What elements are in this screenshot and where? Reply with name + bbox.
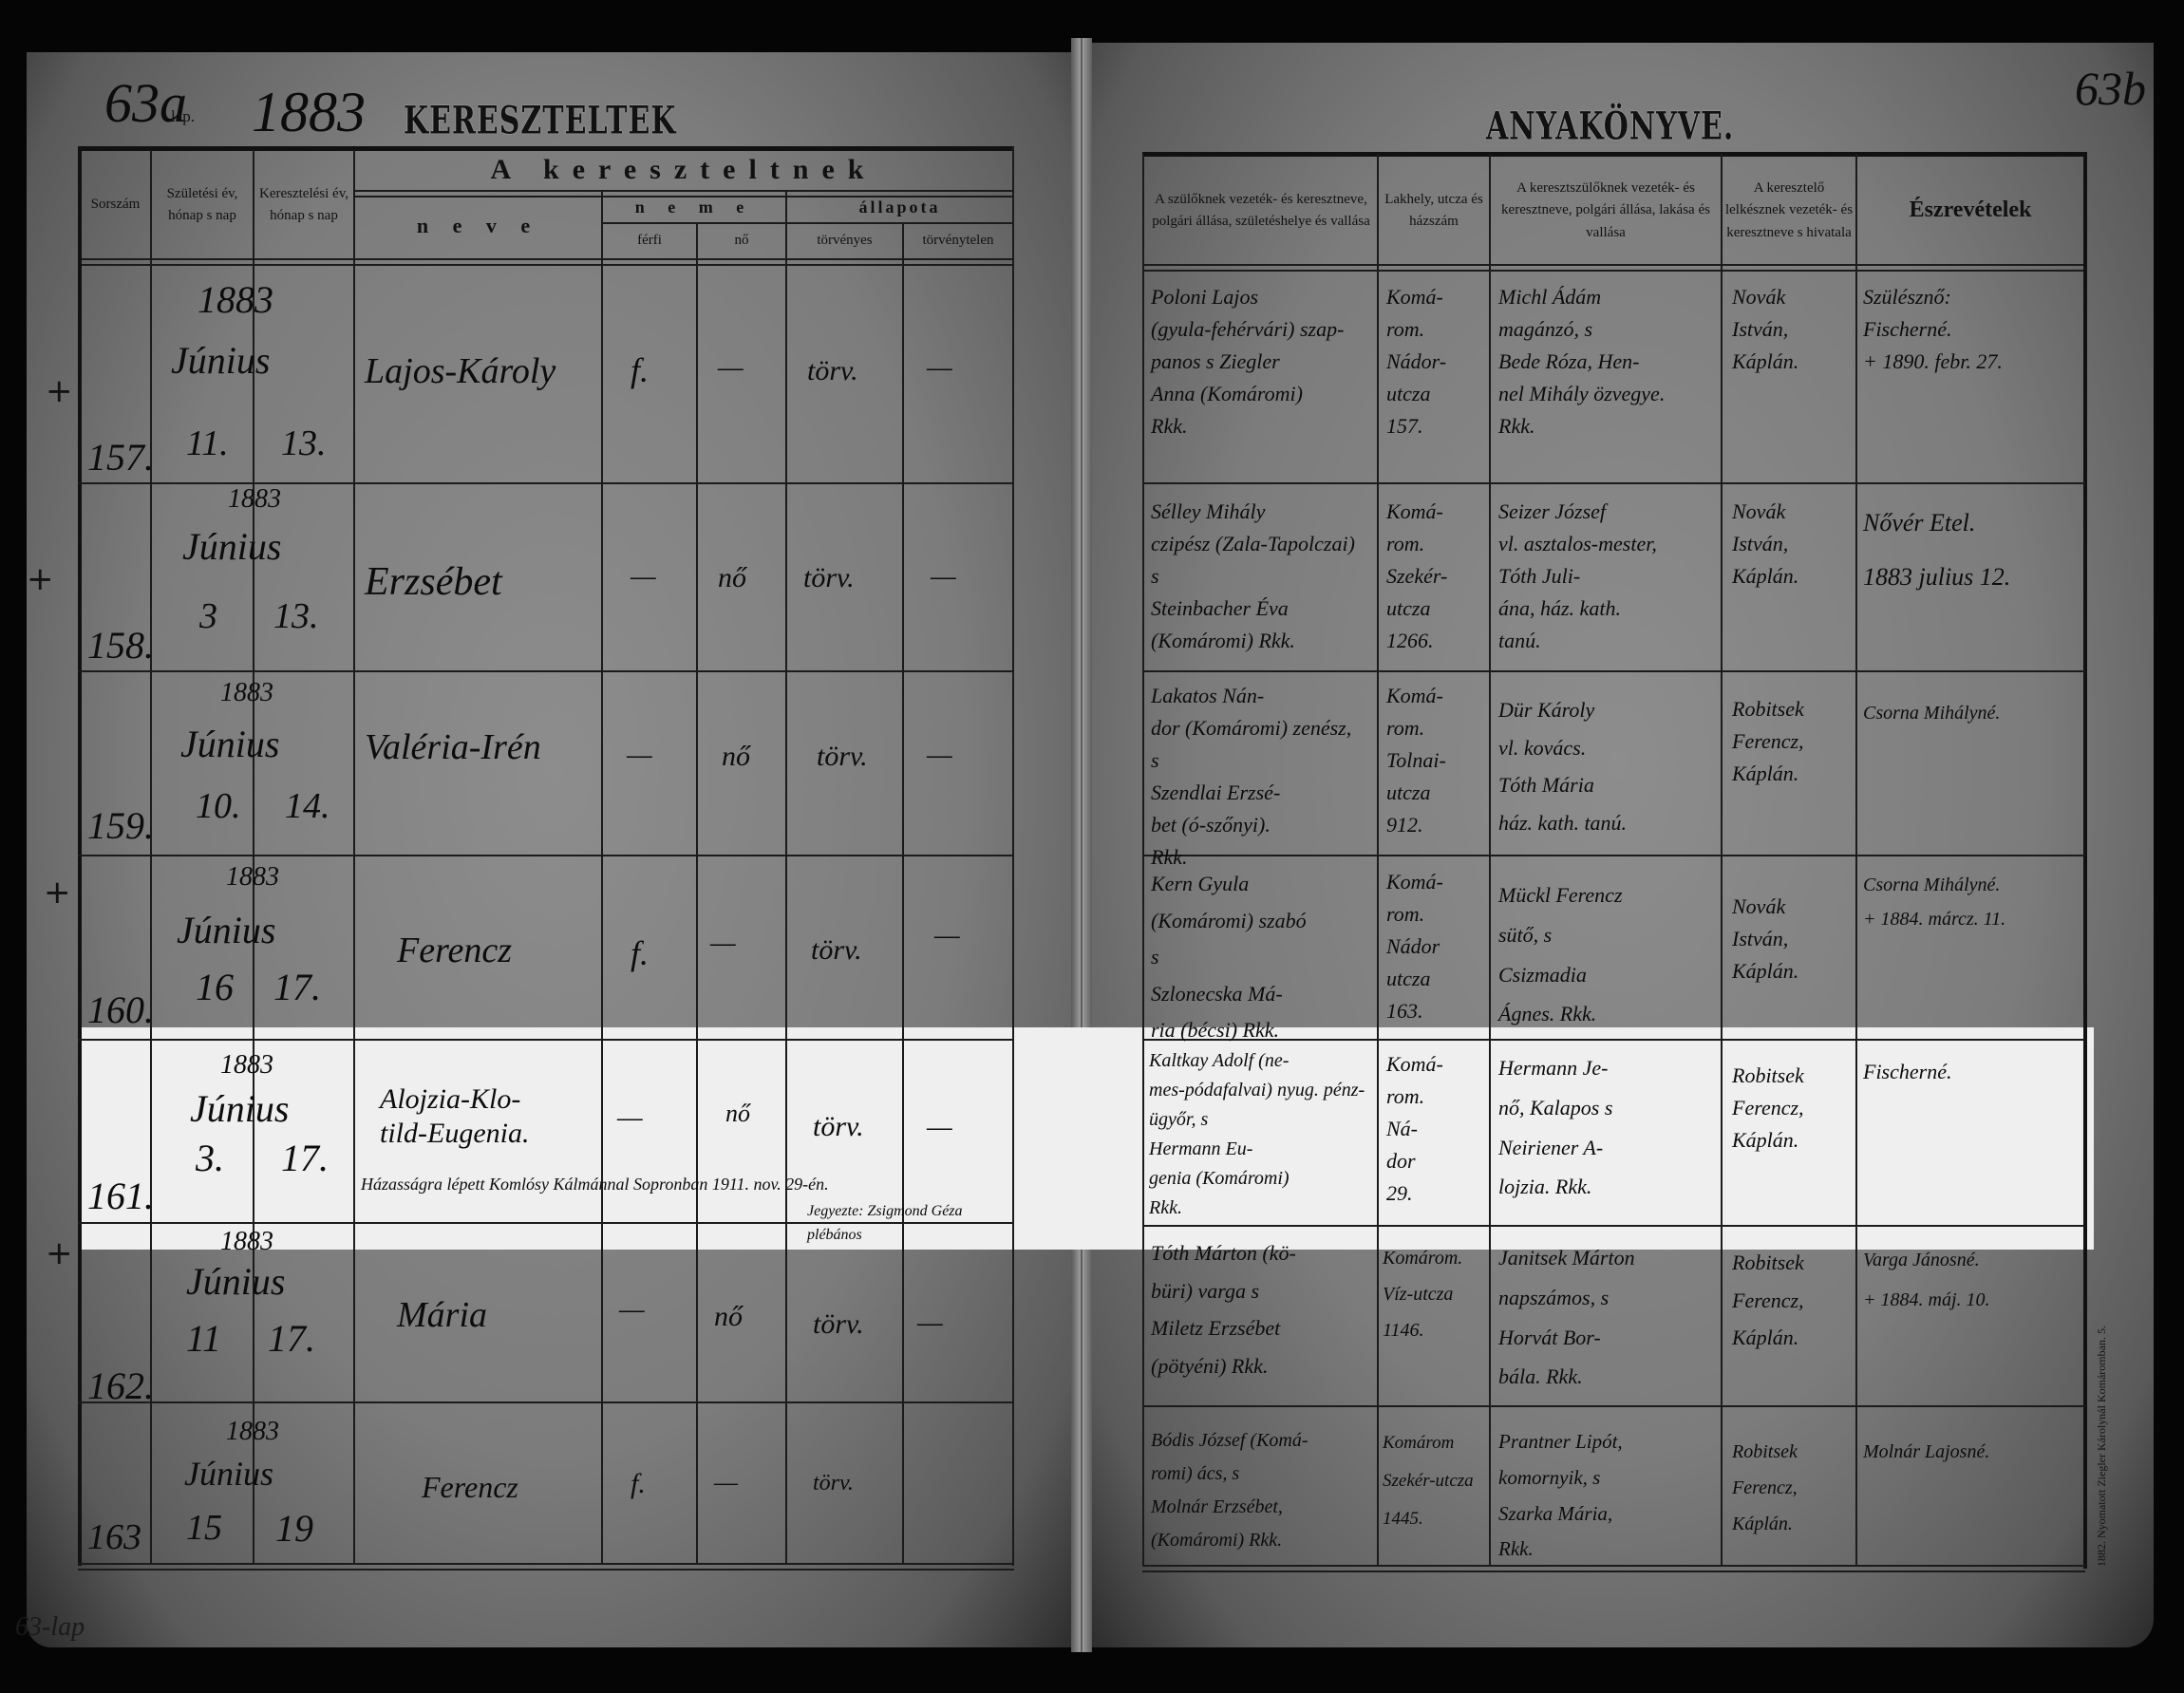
birth-day: 3 xyxy=(199,598,217,634)
sex-female: — xyxy=(718,353,744,382)
residence-cell: Komárom Szekér-utcza 1445. xyxy=(1383,1424,1487,1538)
left-page-title: KERESZTELTEK xyxy=(404,99,676,143)
col-rule xyxy=(353,150,355,1565)
parents-cell: Kaltkay Adolf (ne- mes-pódafalvai) nyug.… xyxy=(1149,1046,1375,1223)
header-male: férfi xyxy=(603,224,696,258)
serial-number: 157. xyxy=(87,439,154,477)
priest-cell: Novák István, Káplán. xyxy=(1732,496,1854,593)
row-rule xyxy=(78,1401,1014,1403)
header-legitimate: törvényes xyxy=(787,224,902,258)
priest-cell: Robitsek Ferencz, Káplán. xyxy=(1732,1434,1854,1542)
header-bottom-rule xyxy=(78,258,1014,266)
sex-male: f. xyxy=(631,936,649,970)
left-page xyxy=(27,52,1081,1647)
record-month: Június xyxy=(190,1090,289,1128)
record-month: Június xyxy=(182,528,281,566)
col-rule xyxy=(1489,154,1491,1567)
serial-number: 162. xyxy=(87,1367,154,1405)
child-name: Valéria-Irén xyxy=(365,729,541,765)
record-year: 1883 xyxy=(198,281,273,319)
record-year: 1883 xyxy=(226,864,279,891)
margin-cross-mark: + xyxy=(46,372,73,410)
record-year: 1883 xyxy=(220,680,273,706)
sex-male: f. xyxy=(631,1470,646,1498)
remarks-cell: Molnár Lajosné. xyxy=(1863,1438,2081,1467)
row-rule xyxy=(78,670,1014,672)
parents-cell: Kern Gyula (Komáromi) szabó s Szlonecska… xyxy=(1151,866,1375,1049)
status-legitimate: törv. xyxy=(813,1472,854,1495)
status-illegitimate: — xyxy=(934,921,960,950)
baptism-day: 13. xyxy=(273,598,319,634)
parents-cell: Tóth Márton (kö- büri) varga s Miletz Er… xyxy=(1151,1234,1375,1384)
birth-day: 11. xyxy=(186,425,229,461)
remarks-cell: Varga Jánosné. + 1884. máj. 10. xyxy=(1863,1240,2081,1320)
sex-male: — xyxy=(627,741,652,769)
header-bottom-rule xyxy=(1142,264,2085,272)
page-number-right: 63b xyxy=(2075,65,2146,112)
godparents-cell: Janitsek Márton napszámos, s Horvát Bor-… xyxy=(1498,1238,1719,1397)
status-legitimate: törv. xyxy=(803,564,855,593)
sex-male: — xyxy=(631,562,656,591)
sex-male: f. xyxy=(631,353,649,387)
residence-cell: Komá- rom. Ná- dor 29. xyxy=(1386,1048,1487,1210)
sex-female: — xyxy=(710,929,736,957)
page-suffix: lap. xyxy=(171,104,195,129)
record-year: 1883 xyxy=(228,486,281,513)
status-legitimate: törv. xyxy=(807,357,858,386)
row-rule xyxy=(1142,1225,2085,1227)
godparents-cell: Mückl Ferencz sütő, s Csizmadia Ágnes. R… xyxy=(1498,875,1719,1034)
table-bottom-rule xyxy=(78,1563,1014,1571)
status-illegitimate: — xyxy=(927,1113,952,1141)
serial-number: 161. xyxy=(87,1177,154,1215)
birth-day: 15 xyxy=(186,1510,222,1546)
row-rule xyxy=(78,855,1014,856)
sex-female: nő xyxy=(718,564,746,593)
scanned-register-spread: 63a lap. 1883 KERESZTELTEK ANYAKÖNYVE. 6… xyxy=(0,0,2184,1693)
remarks-cell: Csorna Mihályné. xyxy=(1863,699,2081,728)
row-rule xyxy=(1142,670,2085,672)
status-legitimate: törv. xyxy=(811,936,862,965)
parents-cell: Sélley Mihály czipész (Zala-Tapolczai) s… xyxy=(1151,496,1375,657)
godparents-cell: Hermann Je- nő, Kalapos s Neiriener A- l… xyxy=(1498,1048,1719,1207)
col-rule xyxy=(902,224,904,1565)
header-birth: Születési év, hónap s nap xyxy=(152,152,253,258)
child-name: Ferencz xyxy=(422,1472,518,1502)
header-group-baptized: A kereszteltnek xyxy=(355,150,1012,190)
record-month: Június xyxy=(171,342,270,380)
record-year: 1883 xyxy=(220,1052,273,1079)
birth-day: 11 xyxy=(186,1320,221,1358)
page-reference-note: 63-lap xyxy=(15,1614,85,1641)
header-priest: A keresztelő lelkésznek vezeték- és kere… xyxy=(1723,158,1855,264)
birth-day: 16 xyxy=(196,969,234,1006)
col-rule xyxy=(150,150,152,1565)
remarks-cell: Nővér Etel. 1883 julius 12. xyxy=(1863,496,2081,604)
residence-cell: Komá- rom. Tolnai- utcza 912. xyxy=(1386,680,1487,841)
residence-cell: Komá- rom. Nádor- utcza 157. xyxy=(1386,281,1487,442)
table-right-border xyxy=(2083,152,2087,1569)
header-name: n e v e xyxy=(355,194,601,258)
godparents-cell: Michl Ádám magánzó, s Bede Róza, Hen- ne… xyxy=(1498,281,1719,442)
printer-imprint: 1882. Nyomatott Ziegler Károlynál Komáro… xyxy=(2095,1326,2109,1567)
child-name: Erzsébet xyxy=(365,562,502,602)
godparents-cell: Dür Károly vl. kovács. Tóth Mária ház. k… xyxy=(1498,691,1719,841)
right-page-title: ANYAKÖNYVE. xyxy=(1486,104,1734,149)
header-serial: Sorszám xyxy=(81,152,150,258)
col-rule xyxy=(601,192,603,1565)
status-illegitimate: — xyxy=(931,562,956,591)
child-name: Alojzia-Klo- tild-Eugenia. xyxy=(380,1082,598,1151)
baptism-day: 14. xyxy=(285,788,330,824)
table-left-border xyxy=(1142,154,1144,1567)
sex-male: — xyxy=(619,1295,645,1324)
row-rule xyxy=(1142,1405,2085,1407)
priest-cell: Robitsek Ferencz, Káplán. xyxy=(1732,693,1854,790)
status-legitimate: törv. xyxy=(817,743,868,771)
table-top-rule xyxy=(1142,152,2085,157)
sex-female: nő xyxy=(725,1101,750,1126)
remarks-cell: Fischerné. xyxy=(1863,1056,2081,1088)
record-year: 1883 xyxy=(226,1419,279,1445)
register-year: 1883 xyxy=(252,84,366,141)
child-name: Ferencz xyxy=(397,932,512,969)
record-month: Június xyxy=(184,1457,273,1491)
header-godparents: A keresztszülőknek vezeték- és keresztne… xyxy=(1491,158,1721,264)
status-illegitimate: — xyxy=(927,741,952,769)
header-baptism: Keresztelési év, hónap s nap xyxy=(254,152,353,258)
row-rule xyxy=(78,482,1014,484)
serial-number: 158. xyxy=(87,627,154,665)
sex-male: — xyxy=(617,1103,643,1132)
header-status: állapota xyxy=(787,194,1012,222)
child-name: Lajos-Károly xyxy=(365,353,555,389)
residence-cell: Komá- rom. Nádor utcza 163. xyxy=(1386,866,1487,1027)
godparents-cell: Seizer József vl. asztalos-mester, Tóth … xyxy=(1498,496,1719,657)
margin-cross-mark: + xyxy=(44,874,71,912)
godparents-cell: Prantner Lipót, komornyik, s Szarka Mári… xyxy=(1498,1424,1719,1568)
col-rule xyxy=(785,192,787,1565)
col-rule xyxy=(696,224,698,1565)
col-rule xyxy=(1855,154,1857,1567)
sex-female: nő xyxy=(714,1303,743,1331)
baptism-day: 13. xyxy=(281,425,327,461)
header-residence: Lakhely, utcza és házszám xyxy=(1379,158,1489,264)
remarks-cell: Szülésznő: Fischerné. + 1890. febr. 27. xyxy=(1863,281,2081,378)
baptism-day: 19 xyxy=(275,1510,313,1548)
birth-day: 10. xyxy=(196,788,241,824)
priest-cell: Robitsek Ferencz, Káplán. xyxy=(1732,1060,1854,1157)
residence-cell: Komá- rom. Szekér- utcza 1266. xyxy=(1386,496,1487,657)
baptism-day: 17. xyxy=(268,1320,315,1358)
residence-cell: Komárom. Víz-utcza 1146. xyxy=(1383,1240,1487,1348)
margin-cross-mark: + xyxy=(27,560,54,598)
header-female: nő xyxy=(698,224,785,258)
baptism-day: 17. xyxy=(273,969,321,1006)
margin-cross-mark: + xyxy=(46,1234,73,1272)
record-month: Június xyxy=(177,912,275,950)
status-legitimate: törv. xyxy=(813,1113,864,1141)
marriage-note: Házasságra lépett Komlósy Kálmánnal Sopr… xyxy=(361,1172,1016,1198)
priest-cell: Novák István, Káplán. xyxy=(1732,891,1854,988)
record-month: Június xyxy=(186,1263,285,1301)
marriage-note-signature: Jegyezte: Zsigmond Géza plébános xyxy=(807,1200,1016,1248)
row-rule xyxy=(1142,482,2085,484)
record-month: Június xyxy=(180,725,279,763)
book-gutter xyxy=(1071,38,1092,1652)
sex-female: nő xyxy=(722,743,750,771)
row-rule xyxy=(78,1039,1014,1041)
header-parents: A szülőknek vezeték- és keresztneve, pol… xyxy=(1145,158,1377,264)
parents-cell: Poloni Lajos (gyula-fehérvári) szap- pan… xyxy=(1151,281,1375,442)
baptism-day: 17. xyxy=(281,1139,329,1177)
priest-cell: Novák István, Káplán. xyxy=(1732,281,1854,378)
col-rule xyxy=(1721,154,1723,1567)
serial-number: 163 xyxy=(87,1519,141,1555)
child-name: Mária xyxy=(397,1297,487,1333)
header-illegitimate: törvénytelen xyxy=(904,224,1012,258)
record-year: 1883 xyxy=(220,1229,273,1255)
serial-number: 160. xyxy=(87,991,154,1029)
col-rule xyxy=(1377,154,1379,1567)
status-illegitimate: — xyxy=(917,1308,943,1337)
header-sex: n e m e xyxy=(603,194,785,222)
serial-number: 159. xyxy=(87,807,154,845)
status-legitimate: törv. xyxy=(813,1310,864,1339)
parents-cell: Lakatos Nán- dor (Komáromi) zenész, s Sz… xyxy=(1151,680,1375,875)
parents-cell: Bódis József (Komá- romi) ács, s Molnár … xyxy=(1151,1424,1375,1557)
sex-female: — xyxy=(714,1470,738,1496)
remarks-cell: Csorna Mihályné. + 1884. márcz. 11. xyxy=(1863,868,2081,936)
header-remarks: Észrevételek xyxy=(1857,158,2083,264)
status-illegitimate: — xyxy=(927,353,952,382)
priest-cell: Robitsek Ferencz, Káplán. xyxy=(1732,1244,1854,1357)
birth-day: 3. xyxy=(196,1139,224,1177)
